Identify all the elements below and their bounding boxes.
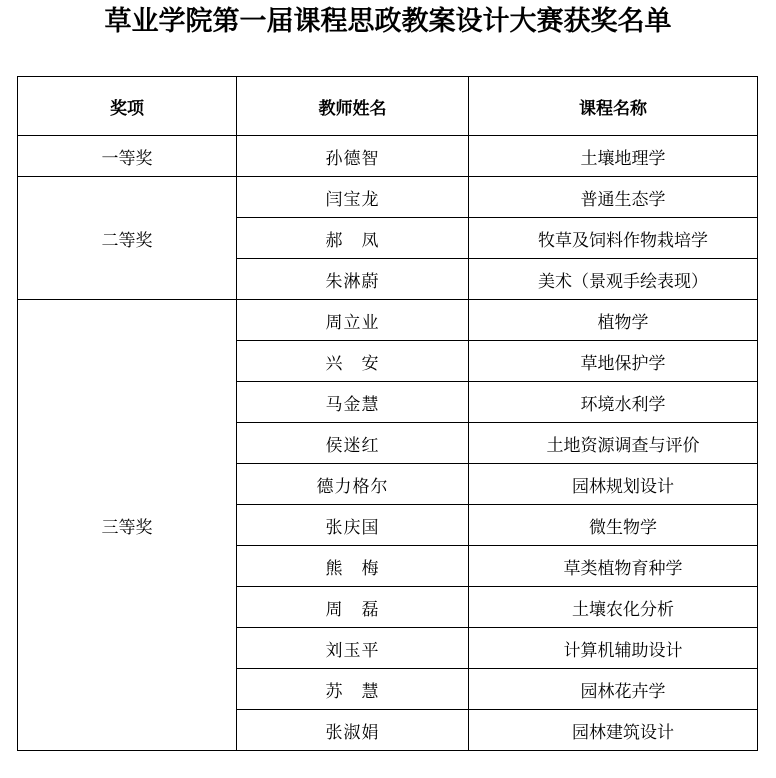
header-award: 奖项 xyxy=(18,77,237,136)
teacher-name: 熊 梅 xyxy=(237,546,469,587)
table-row: 一等奖 孙德智 土壤地理学 xyxy=(18,136,758,177)
header-course-name: 课程名称 xyxy=(469,77,758,136)
course-name: 草地保护学 xyxy=(469,341,758,382)
course-name: 植物学 xyxy=(469,300,758,341)
teacher-name: 德力格尔 xyxy=(237,464,469,505)
course-name: 土地资源调查与评价 xyxy=(469,423,758,464)
course-name: 普通生态学 xyxy=(469,177,758,218)
awards-table: 奖项 教师姓名 课程名称 一等奖 孙德智 土壤地理学 二等奖 闫宝龙 普通生态学… xyxy=(17,76,758,751)
table-row: 三等奖 周立业 植物学 xyxy=(18,300,758,341)
course-name: 园林建筑设计 xyxy=(469,710,758,751)
award-level-first: 一等奖 xyxy=(18,136,237,177)
teacher-name: 张淑娟 xyxy=(237,710,469,751)
teacher-name: 苏 慧 xyxy=(237,669,469,710)
course-name: 计算机辅助设计 xyxy=(469,628,758,669)
teacher-name: 朱淋蔚 xyxy=(237,259,469,300)
course-name: 园林花卉学 xyxy=(469,669,758,710)
course-name: 环境水利学 xyxy=(469,382,758,423)
teacher-name: 侯迷红 xyxy=(237,423,469,464)
course-name: 草类植物育种学 xyxy=(469,546,758,587)
award-level-third: 三等奖 xyxy=(18,300,237,751)
table-header-row: 奖项 教师姓名 课程名称 xyxy=(18,77,758,136)
course-name: 牧草及饲料作物栽培学 xyxy=(469,218,758,259)
document-title: 草业学院第一届课程思政教案设计大赛获奖名单 xyxy=(0,4,776,40)
teacher-name: 兴 安 xyxy=(237,341,469,382)
teacher-name: 周 磊 xyxy=(237,587,469,628)
course-name: 土壤农化分析 xyxy=(469,587,758,628)
course-name: 园林规划设计 xyxy=(469,464,758,505)
teacher-name: 刘玉平 xyxy=(237,628,469,669)
teacher-name: 周立业 xyxy=(237,300,469,341)
course-name: 美术（景观手绘表现） xyxy=(469,259,758,300)
teacher-name: 张庆国 xyxy=(237,505,469,546)
teacher-name: 闫宝龙 xyxy=(237,177,469,218)
teacher-name: 孙德智 xyxy=(237,136,469,177)
course-name: 微生物学 xyxy=(469,505,758,546)
teacher-name: 郝 凤 xyxy=(237,218,469,259)
course-name: 土壤地理学 xyxy=(469,136,758,177)
teacher-name: 马金慧 xyxy=(237,382,469,423)
award-level-second: 二等奖 xyxy=(18,177,237,300)
table-row: 二等奖 闫宝龙 普通生态学 xyxy=(18,177,758,218)
header-teacher-name: 教师姓名 xyxy=(237,77,469,136)
